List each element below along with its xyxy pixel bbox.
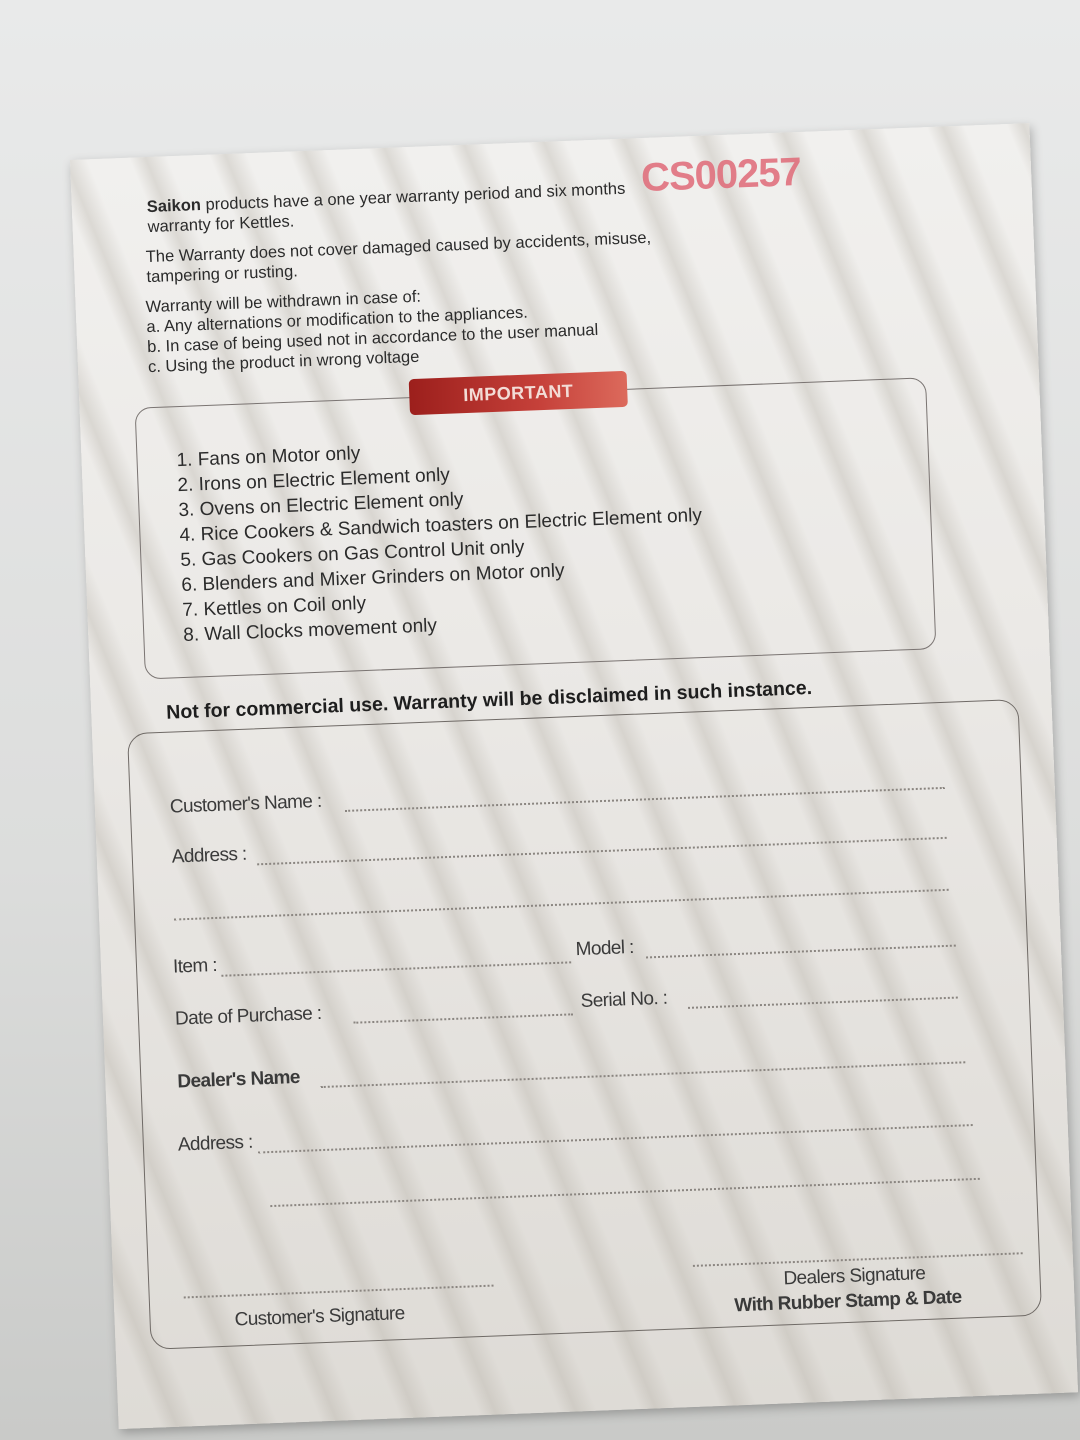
dealer-name-label: Dealer's Name: [177, 1067, 300, 1094]
important-list: 1. Fans on Motor only 2. Irons on Electr…: [176, 428, 706, 648]
brand-name: Saikon: [147, 196, 202, 216]
serial-no-label: Serial No. :: [580, 988, 668, 1013]
withdrawal-conditions: Warranty will be withdrawn in case of: a…: [145, 280, 599, 377]
dealer-address-label: Address :: [177, 1132, 253, 1157]
warranty-card: Saikon products have a one year warranty…: [70, 123, 1078, 1429]
warranty-intro: Saikon products have a one year warranty…: [146, 179, 626, 237]
address-label: Address :: [171, 844, 247, 869]
serial-stamp: CS00257: [640, 150, 801, 201]
model-label: Model :: [575, 937, 634, 961]
item-label: Item :: [173, 955, 218, 979]
warranty-coverage: The Warranty does not cover damaged caus…: [145, 228, 652, 287]
